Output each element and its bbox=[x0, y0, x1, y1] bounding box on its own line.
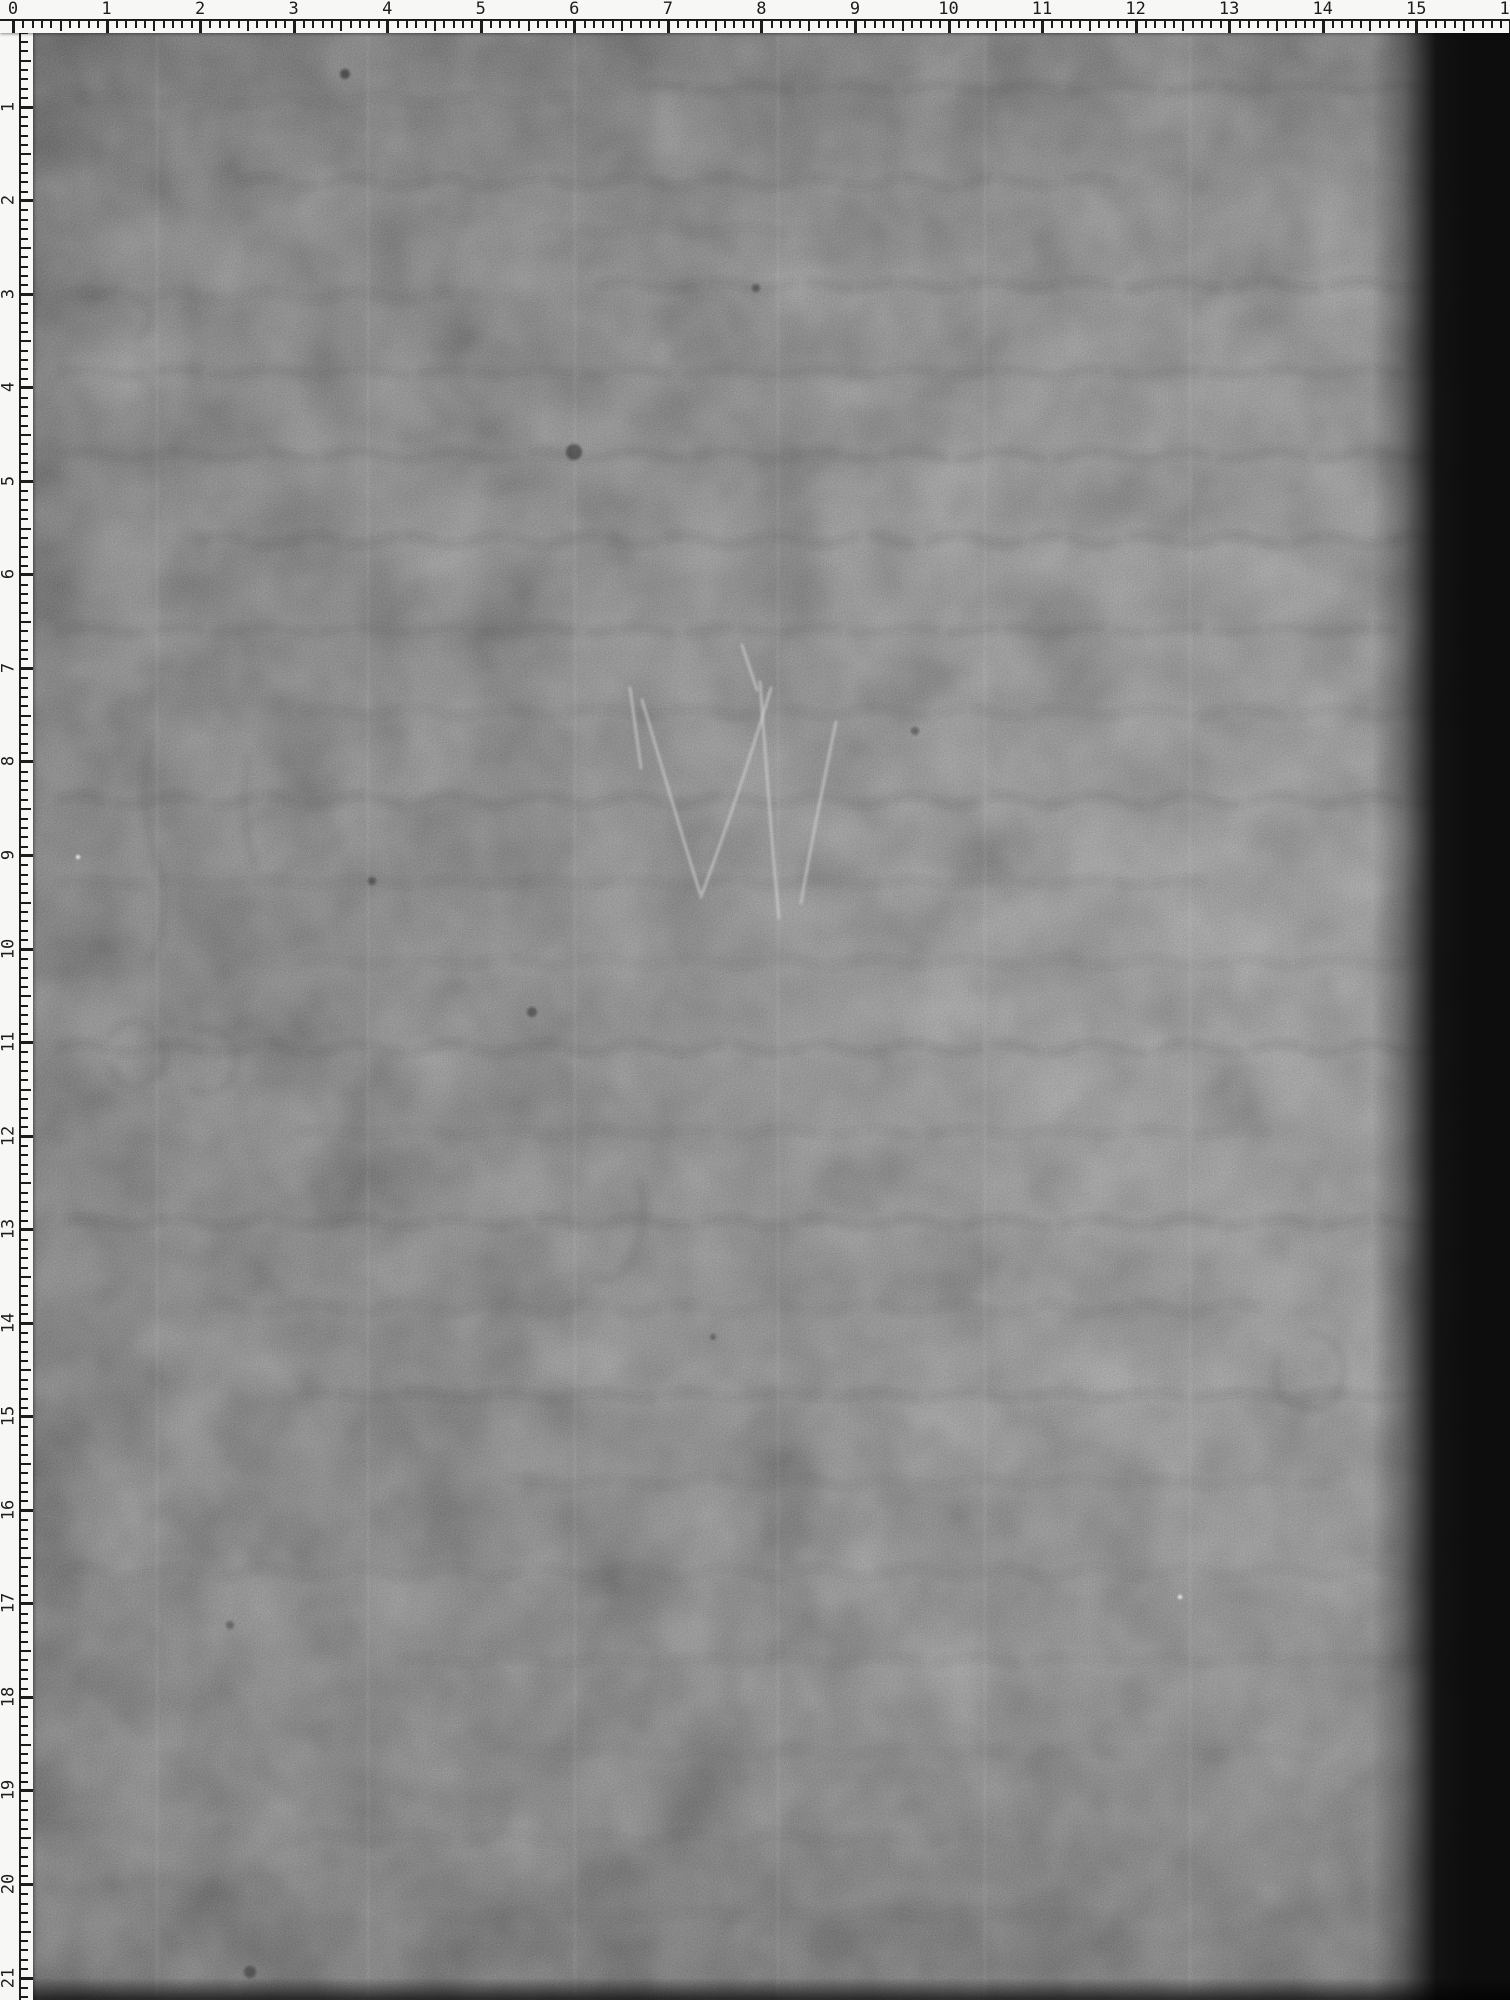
ruler-tick bbox=[21, 499, 28, 501]
ruler-tick bbox=[21, 1210, 28, 1212]
ruler-tick bbox=[21, 874, 28, 876]
ruler-tick bbox=[359, 21, 361, 28]
ruler-tick bbox=[125, 21, 127, 28]
ruler-tick bbox=[21, 1744, 31, 1746]
ruler-tick bbox=[471, 21, 473, 28]
ruler-tick bbox=[21, 406, 28, 408]
ruler-tick bbox=[21, 1977, 33, 1980]
ruler-tick bbox=[21, 509, 28, 511]
ruler-tick bbox=[1285, 21, 1287, 28]
ruler-tick bbox=[21, 350, 28, 352]
ruler-tick bbox=[106, 21, 109, 33]
ruler-tick bbox=[21, 1014, 28, 1016]
ruler-tick bbox=[21, 1557, 31, 1559]
ruler-tick bbox=[818, 21, 820, 28]
ruler-tick bbox=[21, 1369, 31, 1371]
ruler-tick bbox=[21, 1753, 28, 1755]
ruler-tick bbox=[116, 21, 118, 28]
ruler-tick bbox=[191, 21, 193, 28]
ruler-tick bbox=[21, 911, 28, 913]
ruler-tick bbox=[21, 1688, 28, 1690]
ruler-tick bbox=[21, 1622, 28, 1624]
horizontal-ruler: 012345678910111213141516 bbox=[0, 0, 1510, 33]
ruler-tick bbox=[21, 733, 28, 735]
ruler-tick bbox=[1228, 21, 1231, 33]
ruler-tick bbox=[21, 97, 28, 99]
ruler-tick bbox=[948, 21, 951, 33]
ruler-tick bbox=[1023, 21, 1025, 28]
ruler-tick bbox=[21, 1005, 28, 1007]
ruler-tick bbox=[21, 490, 28, 492]
ruler-label: 12 bbox=[1125, 1, 1145, 18]
bleed-text-row bbox=[540, 228, 816, 233]
ruler-tick bbox=[565, 21, 567, 28]
ruler-tick bbox=[21, 1519, 28, 1521]
ruler-tick bbox=[21, 724, 28, 726]
ruler-tick bbox=[1164, 21, 1166, 28]
ruler-tick bbox=[21, 1126, 28, 1128]
ruler-tick bbox=[1341, 21, 1343, 28]
white-fleck bbox=[1178, 1595, 1182, 1599]
ink-speck bbox=[244, 1966, 256, 1978]
ruler-tick bbox=[21, 163, 28, 165]
ruler-tick bbox=[69, 21, 71, 28]
ruler-tick bbox=[21, 1893, 28, 1895]
ruler-tick bbox=[21, 1931, 31, 1933]
ruler-tick bbox=[453, 21, 455, 28]
ruler-tick bbox=[21, 1220, 28, 1222]
ruler-tick bbox=[21, 415, 28, 417]
ruler-tick bbox=[21, 1631, 28, 1633]
ruler-tick bbox=[977, 21, 979, 28]
ruler-tick bbox=[209, 21, 211, 28]
ruler-tick bbox=[21, 593, 28, 595]
ruler-tick bbox=[1407, 21, 1409, 28]
bleed-text-row bbox=[60, 370, 1440, 375]
ruler-tick bbox=[293, 21, 296, 33]
ruler-tick bbox=[883, 21, 885, 28]
ruler-label: 2 bbox=[195, 1, 205, 18]
ruler-tick bbox=[995, 21, 997, 31]
ruler-tick bbox=[21, 1173, 28, 1175]
ruler-tick bbox=[556, 21, 558, 28]
ruler-tick bbox=[21, 153, 31, 155]
ruler-tick bbox=[593, 21, 595, 28]
ruler-tick bbox=[1108, 21, 1110, 28]
ruler-tick bbox=[21, 378, 28, 380]
ruler-tick bbox=[21, 799, 28, 801]
ruler-tick bbox=[21, 1313, 28, 1315]
ruler-tick bbox=[21, 808, 31, 810]
ruler-tick bbox=[1070, 21, 1072, 28]
ruler-tick bbox=[21, 1415, 33, 1418]
ruler-tick bbox=[199, 21, 202, 33]
ruler-tick bbox=[21, 1883, 33, 1886]
ruler-tick bbox=[21, 1228, 33, 1231]
ruler-tick bbox=[21, 1602, 33, 1605]
ruler-tick bbox=[21, 967, 28, 969]
ruler-tick bbox=[21, 1164, 28, 1166]
ruler-tick bbox=[397, 21, 399, 28]
ruler-tick bbox=[21, 1444, 28, 1446]
ruler-tick bbox=[780, 21, 782, 28]
ruler-tick bbox=[21, 1332, 28, 1334]
ruler-tick bbox=[1426, 21, 1428, 28]
ruler-tick bbox=[21, 1940, 28, 1942]
ruler-label: 5 bbox=[476, 1, 486, 18]
ruler-tick bbox=[340, 21, 342, 31]
ruler-tick bbox=[1379, 21, 1381, 28]
ruler-tick bbox=[21, 1575, 28, 1577]
ruler-tick bbox=[21, 1959, 28, 1961]
ruler-label: 11 bbox=[1032, 1, 1052, 18]
ruler-tick bbox=[21, 312, 28, 314]
ruler-tick bbox=[21, 1547, 28, 1549]
ruler-tick bbox=[21, 397, 28, 399]
ruler-tick bbox=[21, 480, 33, 483]
ruler-tick bbox=[499, 21, 501, 28]
ruler-tick bbox=[1173, 21, 1175, 28]
ruler-tick bbox=[21, 1725, 28, 1727]
ruler-tick bbox=[21, 1996, 28, 1998]
ruler-tick bbox=[21, 1135, 33, 1138]
ruler-tick bbox=[1210, 21, 1212, 28]
ruler-tick bbox=[135, 21, 137, 28]
ruler-tick bbox=[21, 1847, 28, 1849]
ruler-tick bbox=[88, 21, 90, 28]
ruler-tick bbox=[21, 1379, 28, 1381]
ruler-tick bbox=[21, 1454, 28, 1456]
ruler-tick bbox=[1192, 21, 1194, 28]
ruler-tick bbox=[21, 687, 28, 689]
ruler-tick bbox=[958, 21, 960, 28]
ruler-tick bbox=[60, 21, 62, 31]
ruler-label: 10 bbox=[938, 1, 958, 18]
ruler-tick bbox=[21, 612, 28, 614]
ruler-tick bbox=[21, 715, 31, 717]
ruler-tick bbox=[425, 21, 427, 28]
ruler-label: 14 bbox=[1, 1312, 18, 1332]
ruler-tick bbox=[21, 621, 31, 623]
ruler-tick bbox=[827, 21, 829, 28]
ruler-label: 8 bbox=[1, 756, 18, 766]
ruler-tick bbox=[21, 1295, 28, 1297]
ruler-tick bbox=[1360, 21, 1362, 28]
ruler-tick bbox=[1220, 21, 1222, 28]
ruler-tick bbox=[21, 1248, 28, 1250]
ruler-tick bbox=[21, 846, 28, 848]
ruler-tick bbox=[21, 760, 33, 763]
ruler-tick bbox=[21, 284, 28, 286]
ruler-tick bbox=[21, 667, 33, 670]
ruler-tick bbox=[21, 88, 28, 90]
ruler-label: 17 bbox=[1, 1593, 18, 1613]
ruler-tick bbox=[21, 854, 33, 857]
scanned-manuscript-image: 012345678910111213141516 123456789101112… bbox=[0, 0, 1510, 2000]
film-grain-light bbox=[33, 33, 1510, 2000]
ruler-tick bbox=[1398, 21, 1400, 28]
ruler-tick bbox=[21, 106, 33, 109]
ruler-tick bbox=[415, 21, 417, 28]
ruler-tick bbox=[1369, 21, 1371, 31]
ruler-tick bbox=[21, 1716, 28, 1718]
ruler-tick bbox=[21, 1696, 33, 1699]
ruler-tick bbox=[1276, 21, 1278, 31]
ruler-tick bbox=[1454, 21, 1456, 28]
ruler-tick bbox=[21, 1491, 28, 1493]
ruler-tick bbox=[21, 1182, 31, 1184]
ruler-tick bbox=[21, 1509, 33, 1512]
ruler-tick bbox=[21, 1678, 28, 1680]
ruler-tick bbox=[21, 1426, 28, 1428]
ruler-tick bbox=[1126, 21, 1128, 28]
ruler-label: 19 bbox=[1, 1780, 18, 1800]
ruler-tick bbox=[163, 21, 165, 28]
ink-speck bbox=[368, 877, 376, 885]
ruler-tick bbox=[21, 864, 28, 866]
ruler-tick bbox=[21, 602, 28, 604]
ruler-tick bbox=[21, 1388, 28, 1390]
ruler-tick bbox=[21, 1529, 28, 1531]
ruler-tick bbox=[78, 21, 80, 28]
ruler-tick bbox=[21, 1659, 28, 1661]
ruler-tick bbox=[612, 21, 614, 28]
ruler-tick bbox=[21, 247, 31, 249]
ruler-tick bbox=[986, 21, 988, 28]
ruler-tick bbox=[21, 1267, 28, 1269]
ink-speck bbox=[340, 69, 350, 79]
ruler-tick bbox=[21, 1594, 28, 1596]
ruler-tick bbox=[21, 116, 28, 118]
ruler-tick bbox=[1257, 21, 1259, 28]
ruler-tick bbox=[1267, 21, 1269, 28]
paper-texture-overlay bbox=[0, 0, 1510, 2000]
ruler-tick bbox=[21, 199, 33, 202]
ruler-tick bbox=[21, 1079, 28, 1081]
scan-edge-shadow bbox=[1372, 33, 1510, 2000]
ruler-tick bbox=[21, 658, 28, 660]
ruler-tick bbox=[21, 827, 28, 829]
ruler-tick bbox=[21, 144, 28, 146]
ruler-tick bbox=[21, 1398, 28, 1400]
ruler-tick bbox=[21, 1789, 33, 1792]
bleed-text-row bbox=[640, 86, 1468, 91]
ruler-tick bbox=[752, 21, 754, 28]
ruler-tick bbox=[21, 630, 28, 632]
ruler-tick bbox=[480, 21, 483, 33]
bleed-text-row bbox=[60, 628, 1394, 633]
ruler-tick bbox=[21, 1472, 28, 1474]
ink-speck bbox=[752, 284, 760, 292]
ruler-tick bbox=[1239, 21, 1241, 28]
ruler-tick bbox=[21, 453, 28, 455]
ruler-tick bbox=[1435, 21, 1437, 28]
ruler-tick bbox=[518, 21, 520, 28]
ruler-tick bbox=[1089, 21, 1091, 31]
ruler-tick bbox=[21, 368, 28, 370]
ruler-tick bbox=[50, 21, 52, 28]
ruler-tick bbox=[378, 21, 380, 28]
ruler-tick bbox=[1145, 21, 1147, 28]
ruler-tick bbox=[21, 1051, 28, 1053]
ruler-tick bbox=[854, 21, 857, 33]
ruler-label: 15 bbox=[1406, 1, 1426, 18]
ruler-tick bbox=[434, 21, 436, 31]
ruler-tick bbox=[21, 948, 33, 951]
ruler-tick bbox=[21, 780, 28, 782]
ruler-tick bbox=[21, 518, 28, 520]
ink-speck bbox=[226, 1621, 234, 1629]
ruler-tick bbox=[509, 21, 511, 28]
ruler-tick bbox=[21, 78, 28, 80]
ruler-tick bbox=[21, 219, 28, 221]
ruler-tick bbox=[21, 1023, 28, 1025]
ruler-tick bbox=[21, 1089, 31, 1091]
ruler-tick bbox=[808, 21, 810, 31]
ruler-baseline bbox=[19, 0, 21, 2000]
ruler-tick bbox=[1154, 21, 1156, 28]
ruler-tick bbox=[21, 1912, 28, 1914]
ruler-tick bbox=[21, 705, 28, 707]
ruler-tick bbox=[724, 21, 726, 28]
ruler-tick bbox=[1444, 21, 1446, 28]
ruler-label: 9 bbox=[1, 850, 18, 860]
ruler-tick bbox=[256, 21, 258, 28]
ruler-tick bbox=[21, 556, 28, 558]
ruler-tick bbox=[21, 1828, 28, 1830]
ruler-tick bbox=[789, 21, 791, 28]
ruler-tick bbox=[1248, 21, 1250, 28]
ruler-tick bbox=[21, 743, 28, 745]
ruler-label: 2 bbox=[1, 195, 18, 205]
ruler-tick bbox=[21, 266, 28, 268]
ruler-tick bbox=[696, 21, 698, 28]
ruler-baseline bbox=[0, 19, 1510, 21]
ruler-tick bbox=[1061, 21, 1063, 28]
ruler-tick bbox=[21, 1800, 28, 1802]
ruler-label: 4 bbox=[382, 1, 392, 18]
ruler-tick bbox=[967, 21, 969, 28]
ruler-tick bbox=[21, 1322, 33, 1325]
ruler-tick bbox=[21, 640, 28, 642]
ruler-tick bbox=[21, 1669, 28, 1671]
ruler-tick bbox=[368, 21, 370, 28]
ruler-tick bbox=[228, 21, 230, 28]
ruler-tick bbox=[21, 1903, 28, 1905]
ruler-tick bbox=[41, 21, 43, 28]
ruler-label: 13 bbox=[1, 1219, 18, 1239]
ruler-tick bbox=[21, 1098, 28, 1100]
ruler-tick bbox=[21, 303, 28, 305]
ruler-tick bbox=[1472, 21, 1474, 28]
ruler-tick bbox=[443, 21, 445, 28]
ruler-label: 14 bbox=[1312, 1, 1332, 18]
ruler-tick bbox=[21, 1276, 31, 1278]
ruler-tick bbox=[21, 1968, 28, 1970]
ruler-tick bbox=[21, 1482, 28, 1484]
ruler-tick bbox=[21, 649, 28, 651]
ruler-tick bbox=[1135, 21, 1138, 33]
ruler-tick bbox=[21, 883, 28, 885]
ruler-label: 1 bbox=[1, 101, 18, 111]
ruler-label: 3 bbox=[1, 289, 18, 299]
ruler-label: 0 bbox=[8, 1, 18, 18]
ruler-tick bbox=[303, 21, 305, 28]
ruler-tick bbox=[760, 21, 763, 33]
ruler-label: 13 bbox=[1219, 1, 1239, 18]
ruler-tick bbox=[1415, 21, 1418, 33]
ruler-tick bbox=[21, 836, 28, 838]
ruler-tick bbox=[21, 1407, 28, 1409]
ruler-tick bbox=[1388, 21, 1390, 28]
ruler-tick bbox=[939, 21, 941, 28]
ruler-tick bbox=[21, 1201, 28, 1203]
ruler-label: 20 bbox=[1, 1874, 18, 1894]
ruler-label: 21 bbox=[1, 1967, 18, 1987]
ruler-tick bbox=[630, 21, 632, 28]
ruler-tick bbox=[21, 1650, 31, 1652]
ruler-tick bbox=[172, 21, 174, 28]
ruler-tick bbox=[144, 21, 146, 28]
ink-speck bbox=[527, 1007, 537, 1017]
ruler-label: 15 bbox=[1, 1406, 18, 1426]
ruler-tick bbox=[462, 21, 464, 28]
ruler-tick bbox=[1182, 21, 1184, 31]
ruler-tick bbox=[537, 21, 539, 28]
ruler-tick bbox=[715, 21, 717, 31]
ruler-tick bbox=[667, 21, 670, 33]
ruler-tick bbox=[21, 752, 28, 754]
ruler-tick bbox=[21, 1145, 28, 1147]
ruler-tick bbox=[1117, 21, 1119, 28]
ruler-tick bbox=[21, 50, 28, 52]
ruler-tick bbox=[21, 771, 28, 773]
ruler-tick bbox=[1201, 21, 1203, 28]
ruler-tick bbox=[21, 238, 28, 240]
ruler-tick bbox=[21, 1061, 28, 1063]
ruler-tick bbox=[21, 902, 31, 904]
ruler-tick bbox=[640, 21, 642, 28]
ruler-tick bbox=[21, 528, 31, 530]
ruler-tick bbox=[602, 21, 604, 28]
ruler-tick bbox=[21, 818, 28, 820]
ruler-tick bbox=[21, 1856, 28, 1858]
ruler-label: 10 bbox=[1, 938, 18, 958]
ruler-tick bbox=[21, 1987, 28, 1989]
ruler-tick bbox=[21, 1041, 33, 1044]
ruler-label: 6 bbox=[569, 1, 579, 18]
ruler-tick bbox=[350, 21, 352, 28]
ruler-tick bbox=[21, 1285, 28, 1287]
ruler-tick bbox=[21, 1351, 28, 1353]
ruler-label: 16 bbox=[1, 1500, 18, 1520]
ruler-tick bbox=[21, 1585, 28, 1587]
ruler-tick bbox=[677, 21, 679, 28]
ruler-tick bbox=[21, 1837, 31, 1839]
ruler-tick bbox=[21, 1641, 28, 1643]
ruler-tick bbox=[238, 21, 240, 28]
ruler-tick bbox=[21, 443, 28, 445]
ruler-tick bbox=[21, 209, 28, 211]
ruler-label: 9 bbox=[850, 1, 860, 18]
ruler-tick bbox=[21, 1865, 28, 1867]
ruler-tick bbox=[1079, 21, 1081, 28]
ruler-tick bbox=[322, 21, 324, 28]
ruler-tick bbox=[490, 21, 492, 28]
ruler-tick bbox=[21, 434, 31, 436]
ruler-label: 11 bbox=[1, 1032, 18, 1052]
ruler-label: 8 bbox=[756, 1, 766, 18]
